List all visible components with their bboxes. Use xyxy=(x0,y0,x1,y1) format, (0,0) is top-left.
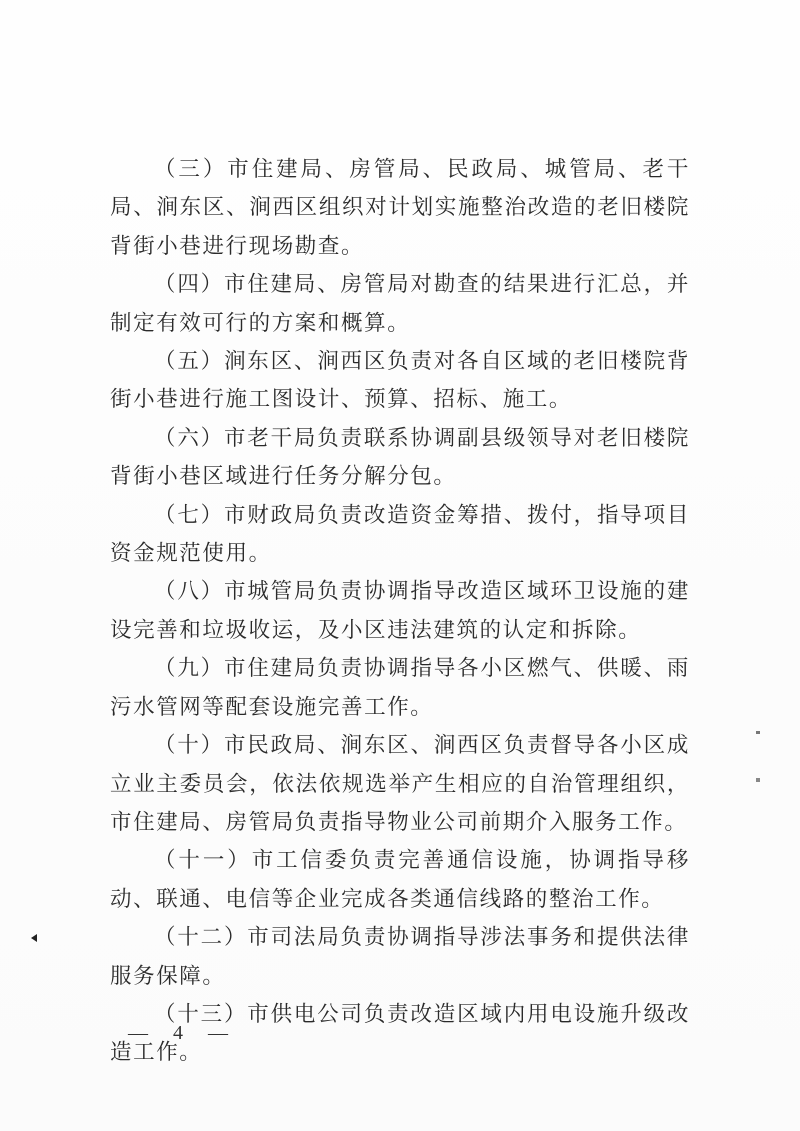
paragraph-item-5: （五）涧东区、涧西区负责对各自区域的老旧楼院背街小巷进行施工图设计、预算、招标、… xyxy=(110,343,690,420)
paragraph-item-10: （十）市民政局、涧东区、涧西区负责督导各小区成立业主委员会，依法依规选举产生相应… xyxy=(110,727,690,842)
paragraph-item-12: （十二）市司法局负责协调指导涉法事务和提供法律服务保障。 xyxy=(110,919,690,996)
scan-speck xyxy=(756,778,760,782)
paragraph-item-11: （十一）市工信委负责完善通信设施，协调指导移动、联通、电信等企业完成各类通信线路… xyxy=(110,842,690,919)
paragraph-item-7: （七）市财政局负责改造资金筹措、拨付，指导项目资金规范使用。 xyxy=(110,497,690,574)
document-body: （三）市住建局、房管局、民政局、城管局、老干局、涧东区、涧西区组织对计划实施整治… xyxy=(110,151,690,1073)
paragraph-item-3: （三）市住建局、房管局、民政局、城管局、老干局、涧东区、涧西区组织对计划实施整治… xyxy=(110,151,690,266)
paragraph-item-9: （九）市住建局负责协调指导各小区燃气、供暖、雨污水管网等配套设施完善工作。 xyxy=(110,650,690,727)
paragraph-item-8: （八）市城管局负责协调指导改造区域环卫设施的建设完善和垃圾收运，及小区违法建筑的… xyxy=(110,573,690,650)
paragraph-item-4: （四）市住建局、房管局对勘查的结果进行汇总，并制定有效可行的方案和概算。 xyxy=(110,266,690,343)
binding-mark-icon xyxy=(31,934,37,942)
paragraph-item-6: （六）市老干局负责联系协调副县级领导对老旧楼院背街小巷区域进行任务分解分包。 xyxy=(110,420,690,497)
page-number: — 4 — xyxy=(128,1022,238,1045)
scan-speck xyxy=(756,731,760,734)
document-page: （三）市住建局、房管局、民政局、城管局、老干局、涧东区、涧西区组织对计划实施整治… xyxy=(0,0,800,1131)
